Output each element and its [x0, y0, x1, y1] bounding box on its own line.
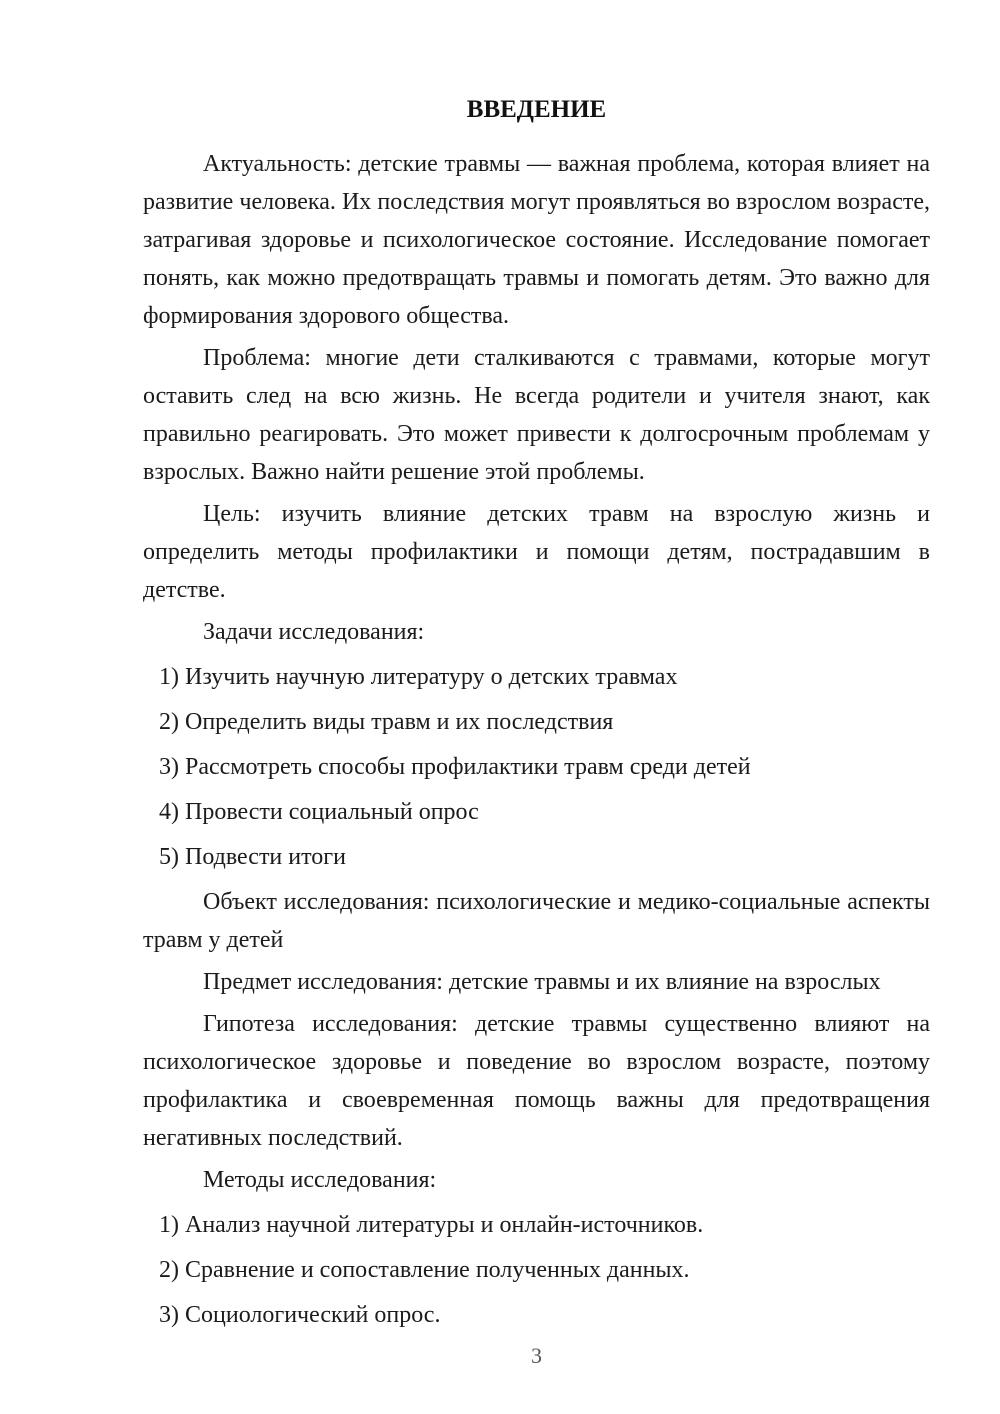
- document-page: ВВЕДЕНИЕ Актуальность: детские травмы — …: [0, 0, 1000, 1414]
- metody-item-1: 1) Анализ научной литературы и онлайн-ис…: [143, 1206, 930, 1244]
- zadachi-item-3: 3) Рассмотреть способы профилактики трав…: [143, 748, 930, 786]
- zadachi-item-1: 1) Изучить научную литературу о детских …: [143, 658, 930, 696]
- zadachi-item-4: 4) Провести социальный опрос: [143, 793, 930, 831]
- page-title: ВВЕДЕНИЕ: [143, 95, 930, 125]
- zadachi-item-5: 5) Подвести итоги: [143, 838, 930, 876]
- paragraph-gipoteza: Гипотеза исследования: детские травмы су…: [143, 1005, 930, 1157]
- metody-item-3: 3) Социологический опрос.: [143, 1296, 930, 1334]
- zadachi-item-2: 2) Определить виды травм и их последстви…: [143, 703, 930, 741]
- paragraph-aktualnost: Актуальность: детские травмы — важная пр…: [143, 145, 930, 335]
- zadachi-heading: Задачи исследования:: [143, 613, 930, 651]
- paragraph-tsel: Цель: изучить влияние детских травм на в…: [143, 495, 930, 609]
- metody-item-2: 2) Сравнение и сопоставление полученных …: [143, 1251, 930, 1289]
- paragraph-obekt: Объект исследования: психологические и м…: [143, 883, 930, 959]
- page-number: 3: [143, 1341, 930, 1371]
- paragraph-problema: Проблема: многие дети сталкиваются с тра…: [143, 339, 930, 491]
- metody-heading: Методы исследования:: [143, 1161, 930, 1199]
- paragraph-predmet: Предмет исследования: детские травмы и и…: [143, 963, 930, 1001]
